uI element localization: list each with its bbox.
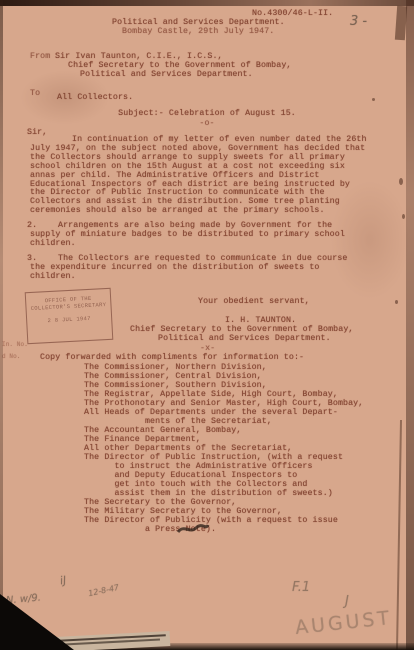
handwritten-page-number: 3 - [350, 14, 367, 29]
to-recipient: All Collectors. [57, 94, 133, 103]
stamp-margin-note-2: d No. [2, 353, 21, 362]
top-edge-shadow [0, 0, 414, 6]
pencil-mark-ij: iJ [59, 574, 67, 588]
valediction: Your obedient servant, [198, 298, 310, 307]
right-crease-line [396, 420, 402, 650]
edge-speck [372, 98, 375, 101]
pencil-mark-j: J [345, 594, 349, 609]
to-label: To [30, 90, 40, 99]
underlying-page-strip [55, 631, 171, 650]
received-stamp: OFFICE OF THE COLLECTOR'S SECRETARY 2 8 … [25, 288, 114, 344]
stamp-date: 2 8 JUL 1947 [27, 314, 111, 325]
pencil-mark-f1: F.1 [292, 580, 310, 595]
signature-title-2: Political and Services Department. [158, 335, 331, 344]
edge-speck [402, 214, 405, 219]
top-right-edge-mark [395, 6, 407, 41]
pencil-mark-left: N. w/9. [6, 592, 42, 606]
stamp-margin-note-1: In. No. [2, 341, 28, 350]
subject-line: Subject:- Celebration of August 15. [0, 110, 414, 119]
right-edge-shadow [406, 0, 414, 650]
from-label: From [30, 53, 50, 62]
left-edge-shadow [0, 0, 3, 650]
edge-speck [395, 300, 398, 304]
from-line-3: Political and Services Department. [80, 71, 253, 80]
edge-speck [399, 178, 403, 185]
pencil-mark-august: AUGUST [294, 607, 393, 639]
bottom-edge-shadow [0, 643, 414, 650]
body-paragraph-1: In continuation of my letter of even num… [30, 136, 368, 216]
body-paragraph-2: Arrangements are also being made by Gove… [30, 222, 366, 249]
body-paragraph-3: The Collectors are requested to communic… [30, 255, 366, 282]
subject-separator: -o- [0, 120, 414, 129]
copy-forwarded-intro: Copy forwarded with compliments for info… [40, 354, 304, 363]
pencil-mark-date: 12-8-47 [87, 583, 119, 598]
place-date-line: Bombay Castle, 29th July 1947. [122, 28, 274, 37]
scanned-letter-page: No.4300/46-L-II. Political and Services … [0, 0, 414, 650]
forward-recipient-19: a Press Note). [84, 526, 216, 535]
